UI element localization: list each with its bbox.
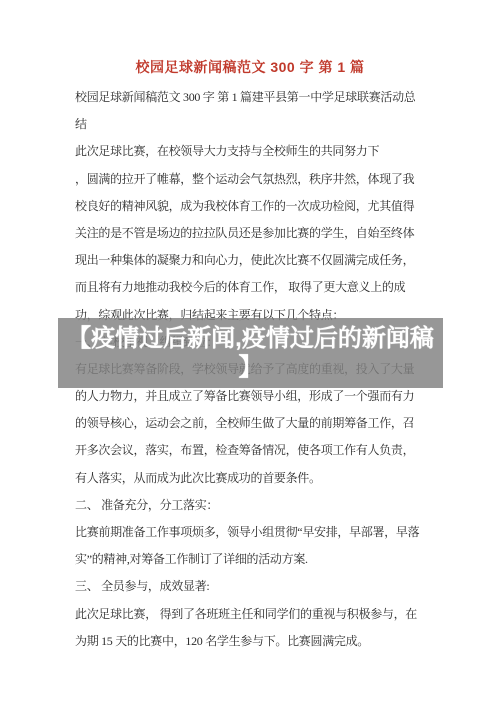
body-line: 三、 全员参与，成效显著:	[75, 573, 445, 600]
body-line: 现出一种集体的凝聚力和向心力，使此次比赛不仅圆满完成任务，	[75, 247, 445, 274]
body-line: 开多次会议，落实，布置，检查筹备情况，使各项工作有人负责，	[75, 437, 445, 464]
document-title: 校园足球新闻稿范文 300 字 第 1 篇	[0, 57, 500, 77]
body-line: 为期 15 天的比赛中，120 名学生参与下。比赛圆满完成。	[75, 628, 445, 655]
body-line: 比赛前期准备工作事项烦多，领导小组贯彻“早安排，早部署，早落	[75, 519, 445, 546]
body-line: 此次足球比赛，在校领导大力支持与全校师生的共同努力下	[75, 138, 445, 165]
body-line: 此次足球比赛， 得到了各班班主任和同学们的重视与积极参与，在	[75, 601, 445, 628]
body-line: 关注的是不管是场边的拉拉队员还是参加比赛的学生，自始至终体	[75, 220, 445, 247]
overlay-text-line-2: 】	[239, 353, 263, 382]
body-line: 校园足球新闻稿范文 300 字 第 1 篇建平县第一中学足球联赛活动总	[75, 84, 445, 111]
body-line: 校良好的精神风貌，成为我校体育工作的一次成功检阅，尤其值得	[75, 193, 445, 220]
body-line: 二、 准备充分，分工落实：	[75, 492, 445, 519]
body-line: 而且将有力地推动我校今后的体育工作， 取得了更大意义上的成	[75, 274, 445, 301]
body-line: 有人落实，从而成为此次比赛成功的首要条件。	[75, 465, 445, 492]
body-line: 结	[75, 111, 445, 138]
watermark-overlay-banner: 【疫情过后新闻,疫情过后的新闻稿 】	[58, 318, 443, 388]
body-line: ，圆满的拉开了帷幕，整个运动会气氛热烈，秩序井然，体现了我	[75, 166, 445, 193]
overlay-text-line-1: 【疫情过后新闻,疫情过后的新闻稿	[67, 324, 434, 353]
body-line: 实”的精神,对筹备工作制订了详细的活动方案.	[75, 546, 445, 573]
document-page: 校园足球新闻稿范文 300 字 第 1 篇 校园足球新闻稿范文 300 字 第 …	[0, 0, 500, 706]
body-line: 的领导核心，运动会之前，全校师生做了大量的前期筹备工作，召	[75, 410, 445, 437]
